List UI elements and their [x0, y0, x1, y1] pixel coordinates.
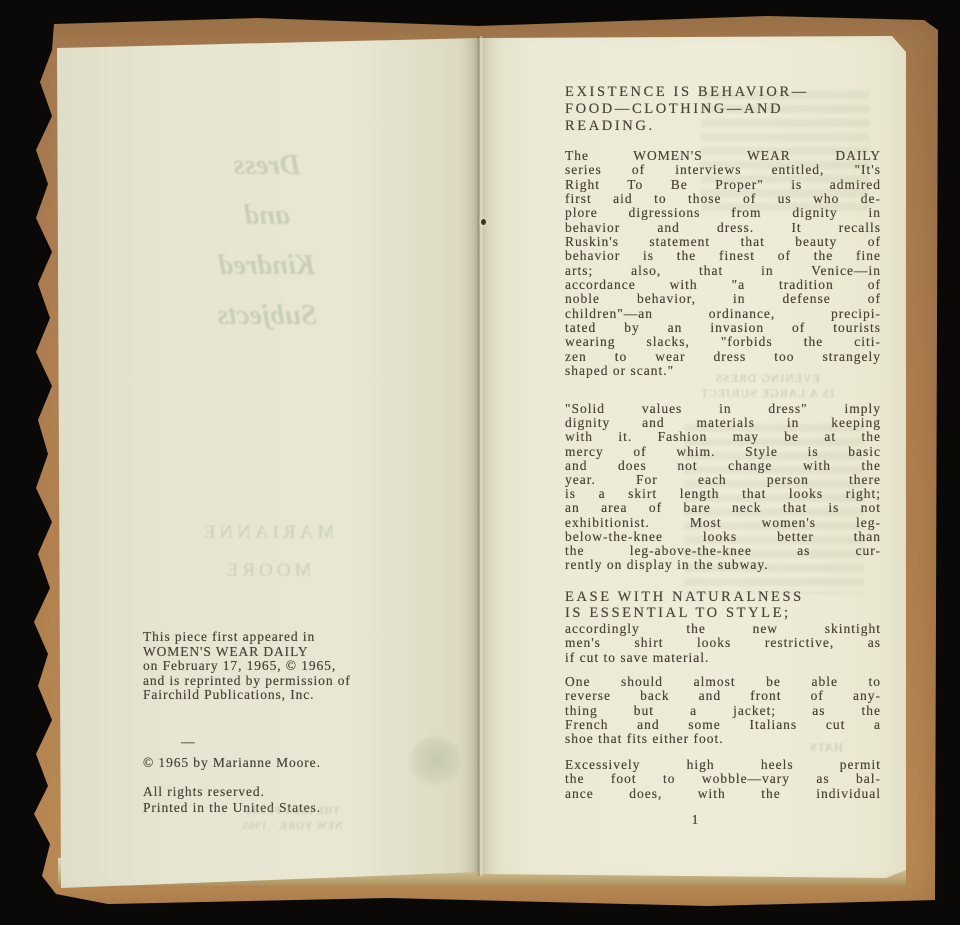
center-fold-shadow: [476, 36, 483, 876]
paragraph-skintight-shirt: accordingly the new skintightmen's shirt…: [565, 622, 881, 665]
ghost-press-imprint: THE IBEX PRESSNEW YORK · 1965: [217, 804, 367, 834]
scan-background: { "scan": { "background_color": "#0a0907…: [0, 0, 960, 925]
separator-dash: —: [181, 734, 195, 750]
left-page: DressandKindredSubjects MARIANNEMOORE Th…: [57, 36, 479, 888]
paragraph-womens-wear-daily: The WOMEN'S WEAR DAILYseries of intervie…: [565, 149, 881, 379]
copyright-line: © 1965 by Marianne Moore.: [143, 755, 321, 771]
heading-ease-with-naturalness: EASE WITH NATURALNESSIS ESSENTIAL TO STY…: [565, 589, 881, 621]
heading-existence-is-behavior: EXISTENCE IS BEHAVIOR—FOOD—CLOTHING—ANDR…: [565, 84, 881, 135]
paragraph-high-heels: Excessively high heels permitthe foot to…: [565, 758, 881, 801]
page-number: 1: [537, 812, 853, 828]
ghost-show-through-author: MARIANNEMOORE: [127, 514, 407, 590]
ghost-show-through-title: DressandKindredSubjects: [127, 140, 407, 340]
paragraph-reverse-back-front: One should almost be able toreverse back…: [565, 675, 881, 747]
right-page: EVENING DRESSIS A LARGE SUBJECT HATS EXI…: [479, 36, 906, 878]
staple-hole: [481, 219, 486, 225]
imprint-note: This piece first appeared inWOMEN'S WEAR…: [143, 630, 443, 703]
paragraph-solid-values: "Solid values in dress" implydignity and…: [565, 402, 881, 572]
ghost-press-logo: [409, 736, 461, 788]
